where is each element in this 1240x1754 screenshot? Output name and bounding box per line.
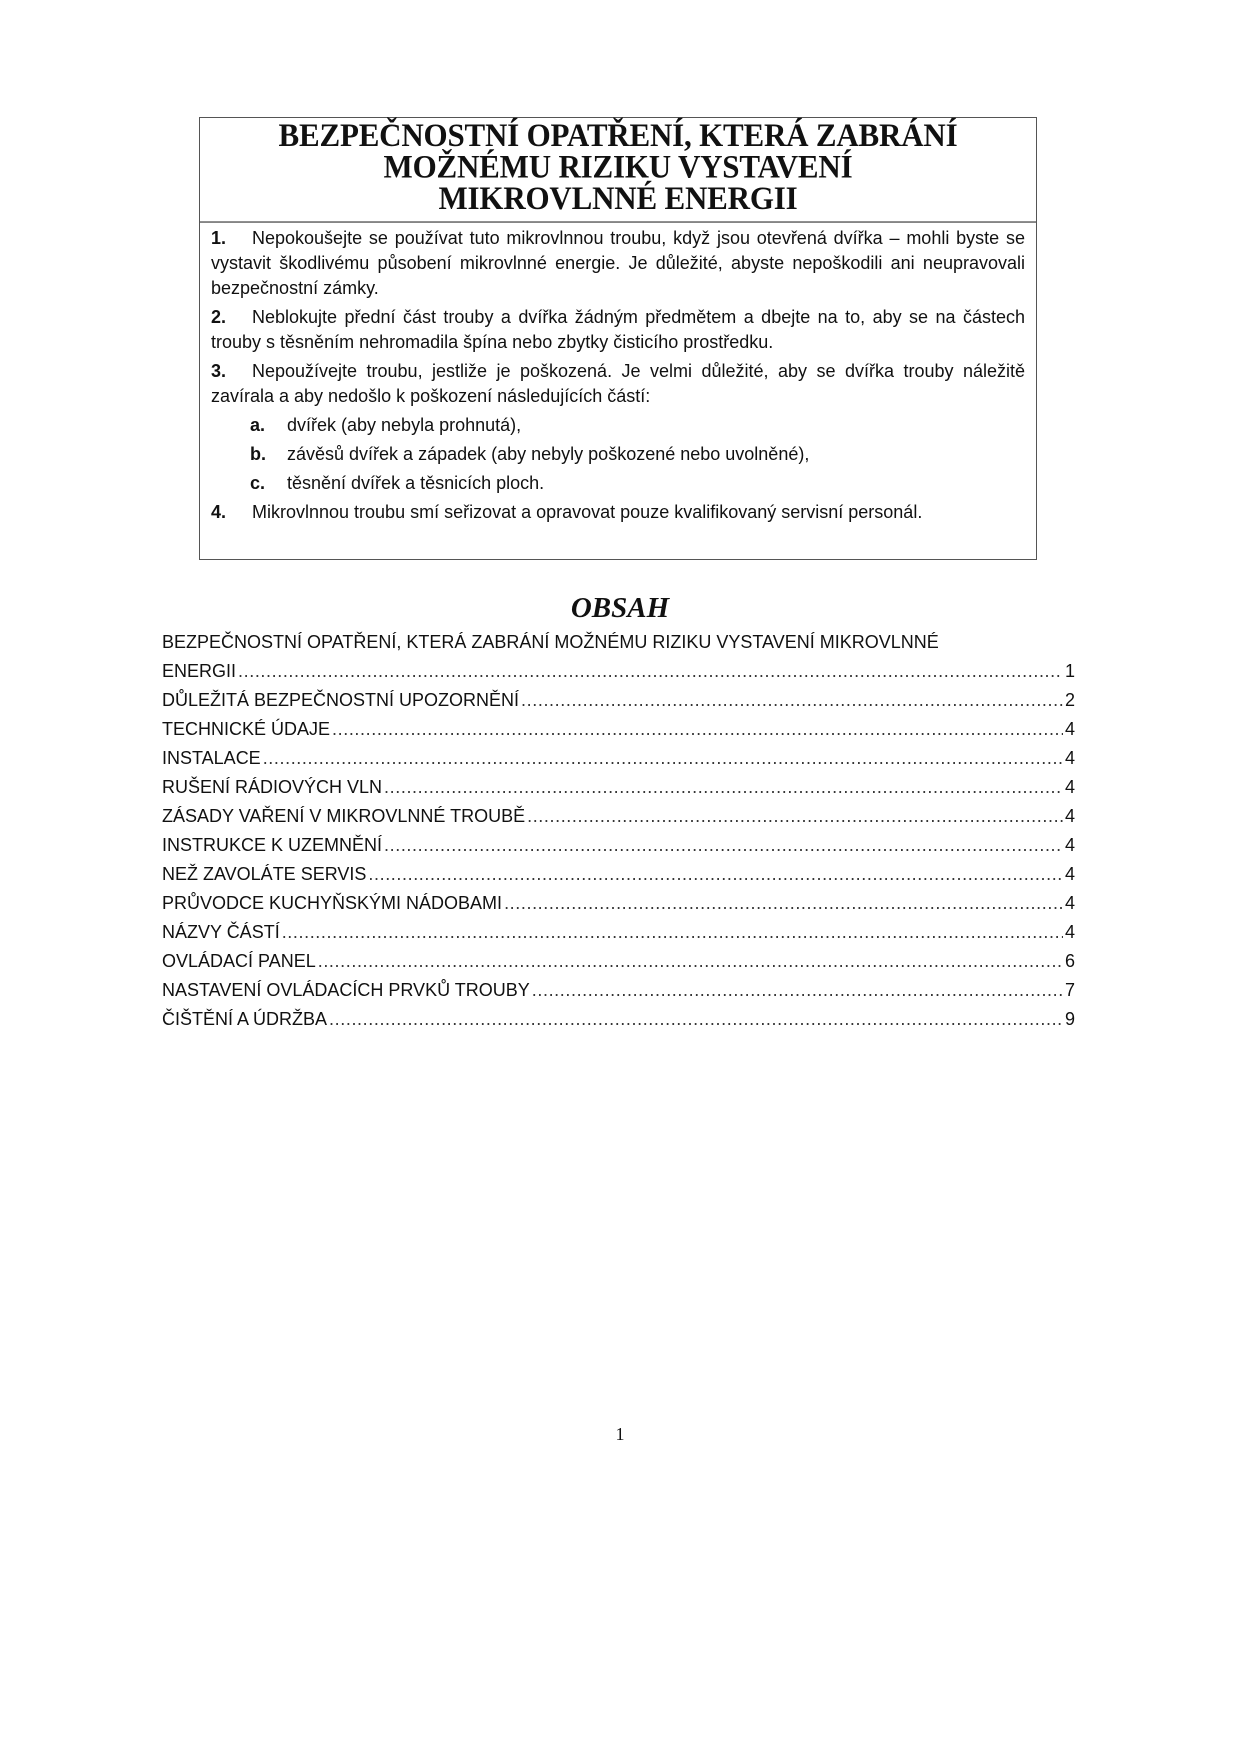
toc-entry-label: TECHNICKÉ ÚDAJE bbox=[162, 715, 330, 744]
toc-leader-dots bbox=[521, 686, 1063, 715]
safety-subitem: b.závěsů dvířek a západek (aby nebyly po… bbox=[211, 442, 1025, 467]
toc-entry-label: BEZPEČNOSTNÍ OPATŘENÍ, KTERÁ ZABRÁNÍ MOŽ… bbox=[162, 628, 939, 657]
toc-entry[interactable]: ENERGII1 bbox=[162, 657, 1075, 686]
toc-leader-dots bbox=[532, 976, 1063, 1005]
toc-leader-dots bbox=[384, 831, 1063, 860]
item-text: Neblokujte přední část trouby a dvířka ž… bbox=[211, 307, 1025, 352]
toc-leader-dots bbox=[263, 744, 1063, 773]
table-of-contents: BEZPEČNOSTNÍ OPATŘENÍ, KTERÁ ZABRÁNÍ MOŽ… bbox=[162, 628, 1075, 1034]
toc-entry-page: 7 bbox=[1065, 976, 1075, 1005]
toc-entry[interactable]: DŮLEŽITÁ BEZPEČNOSTNÍ UPOZORNĚNÍ2 bbox=[162, 686, 1075, 715]
toc-entry-page: 1 bbox=[1065, 657, 1075, 686]
toc-entry-label: NEŽ ZAVOLÁTE SERVIS bbox=[162, 860, 366, 889]
toc-leader-dots bbox=[238, 657, 1063, 686]
safety-title-line: MOŽNÉMU RIZIKU VYSTAVENÍ bbox=[200, 151, 1036, 183]
toc-leader-dots bbox=[384, 773, 1063, 802]
safety-precautions-box: BEZPEČNOSTNÍ OPATŘENÍ, KTERÁ ZABRÁNÍ MOŽ… bbox=[199, 117, 1037, 560]
subitem-text: těsnění dvířek a těsnicích ploch. bbox=[287, 473, 544, 493]
toc-entry-page: 4 bbox=[1065, 918, 1075, 947]
safety-title-line: BEZPEČNOSTNÍ OPATŘENÍ, KTERÁ ZABRÁNÍ bbox=[200, 120, 1036, 151]
toc-leader-dots bbox=[282, 918, 1063, 947]
toc-title: OBSAH bbox=[0, 592, 1240, 625]
toc-entry-page: 4 bbox=[1065, 860, 1075, 889]
item-text: Mikrovlnnou troubu smí seřizovat a oprav… bbox=[252, 502, 922, 522]
safety-title: BEZPEČNOSTNÍ OPATŘENÍ, KTERÁ ZABRÁNÍ MOŽ… bbox=[200, 115, 1036, 222]
toc-entry[interactable]: NEŽ ZAVOLÁTE SERVIS4 bbox=[162, 860, 1075, 889]
toc-leader-dots bbox=[504, 889, 1063, 918]
page-number: 1 bbox=[0, 1424, 1240, 1445]
item-text: Nepoužívejte troubu, jestliže je poškoze… bbox=[211, 361, 1025, 406]
item-number: 3. bbox=[211, 359, 252, 384]
toc-entry-first-line[interactable]: BEZPEČNOSTNÍ OPATŘENÍ, KTERÁ ZABRÁNÍ MOŽ… bbox=[162, 628, 1075, 657]
toc-entry[interactable]: ČIŠTĚNÍ A ÚDRŽBA9 bbox=[162, 1005, 1075, 1034]
toc-entry[interactable]: ZÁSADY VAŘENÍ V MIKROVLNNÉ TROUBĚ4 bbox=[162, 802, 1075, 831]
toc-leader-dots bbox=[318, 947, 1063, 976]
toc-entry[interactable]: PRŮVODCE KUCHYŇSKÝMI NÁDOBAMI4 bbox=[162, 889, 1075, 918]
toc-entry-page: 4 bbox=[1065, 831, 1075, 860]
item-number: 1. bbox=[211, 226, 252, 251]
toc-entry-page: 4 bbox=[1065, 889, 1075, 918]
toc-entry-page: 6 bbox=[1065, 947, 1075, 976]
toc-leader-dots bbox=[527, 802, 1063, 831]
toc-entry[interactable]: NÁZVY ČÁSTÍ4 bbox=[162, 918, 1075, 947]
toc-entry[interactable]: NASTAVENÍ OVLÁDACÍCH PRVKŮ TROUBY7 bbox=[162, 976, 1075, 1005]
item-text: Nepokoušejte se používat tuto mikrovlnno… bbox=[211, 228, 1025, 298]
safety-subitem: a.dvířek (aby nebyla prohnutá), bbox=[211, 413, 1025, 438]
toc-entry-label: OVLÁDACÍ PANEL bbox=[162, 947, 316, 976]
toc-entry-label: DŮLEŽITÁ BEZPEČNOSTNÍ UPOZORNĚNÍ bbox=[162, 686, 519, 715]
toc-entry-label: ENERGII bbox=[162, 657, 236, 686]
toc-entry[interactable]: OVLÁDACÍ PANEL6 bbox=[162, 947, 1075, 976]
subitem-text: dvířek (aby nebyla prohnutá), bbox=[287, 415, 521, 435]
item-number: 2. bbox=[211, 305, 252, 330]
safety-item: 4.Mikrovlnnou troubu smí seřizovat a opr… bbox=[211, 500, 1025, 525]
safety-title-line: MIKROVLNNÉ ENERGII bbox=[200, 183, 1036, 215]
toc-entry-label: RUŠENÍ RÁDIOVÝCH VLN bbox=[162, 773, 382, 802]
subitem-letter: b. bbox=[250, 442, 287, 467]
toc-entry-page: 4 bbox=[1065, 744, 1075, 773]
safety-body: 1.Nepokoušejte se používat tuto mikrovln… bbox=[200, 220, 1036, 525]
safety-item: 2.Neblokujte přední část trouby a dvířka… bbox=[211, 305, 1025, 355]
document-page: BEZPEČNOSTNÍ OPATŘENÍ, KTERÁ ZABRÁNÍ MOŽ… bbox=[0, 0, 1240, 1754]
toc-entry-label: INSTALACE bbox=[162, 744, 261, 773]
toc-entry-label: ZÁSADY VAŘENÍ V MIKROVLNNÉ TROUBĚ bbox=[162, 802, 525, 831]
subitem-letter: c. bbox=[250, 471, 287, 496]
subitem-text: závěsů dvířek a západek (aby nebyly pošk… bbox=[287, 444, 809, 464]
toc-entry[interactable]: RUŠENÍ RÁDIOVÝCH VLN4 bbox=[162, 773, 1075, 802]
toc-entry-page: 9 bbox=[1065, 1005, 1075, 1034]
toc-entry-page: 4 bbox=[1065, 715, 1075, 744]
safety-subitem: c.těsnění dvířek a těsnicích ploch. bbox=[211, 471, 1025, 496]
item-number: 4. bbox=[211, 500, 252, 525]
subitem-letter: a. bbox=[250, 413, 287, 438]
safety-item: 1.Nepokoušejte se používat tuto mikrovln… bbox=[211, 226, 1025, 301]
toc-entry-label: INSTRUKCE K UZEMNĚNÍ bbox=[162, 831, 382, 860]
toc-leader-dots bbox=[332, 715, 1063, 744]
toc-entry-label: NASTAVENÍ OVLÁDACÍCH PRVKŮ TROUBY bbox=[162, 976, 530, 1005]
toc-entry-label: NÁZVY ČÁSTÍ bbox=[162, 918, 280, 947]
toc-entry[interactable]: INSTRUKCE K UZEMNĚNÍ4 bbox=[162, 831, 1075, 860]
toc-entry-page: 2 bbox=[1065, 686, 1075, 715]
toc-entry-label: ČIŠTĚNÍ A ÚDRŽBA bbox=[162, 1005, 327, 1034]
toc-leader-dots bbox=[329, 1005, 1063, 1034]
toc-entry[interactable]: INSTALACE4 bbox=[162, 744, 1075, 773]
toc-entry-label: PRŮVODCE KUCHYŇSKÝMI NÁDOBAMI bbox=[162, 889, 502, 918]
safety-item: 3.Nepoužívejte troubu, jestliže je poško… bbox=[211, 359, 1025, 409]
toc-leader-dots bbox=[368, 860, 1063, 889]
toc-entry[interactable]: TECHNICKÉ ÚDAJE4 bbox=[162, 715, 1075, 744]
toc-entry-page: 4 bbox=[1065, 773, 1075, 802]
toc-entry-page: 4 bbox=[1065, 802, 1075, 831]
